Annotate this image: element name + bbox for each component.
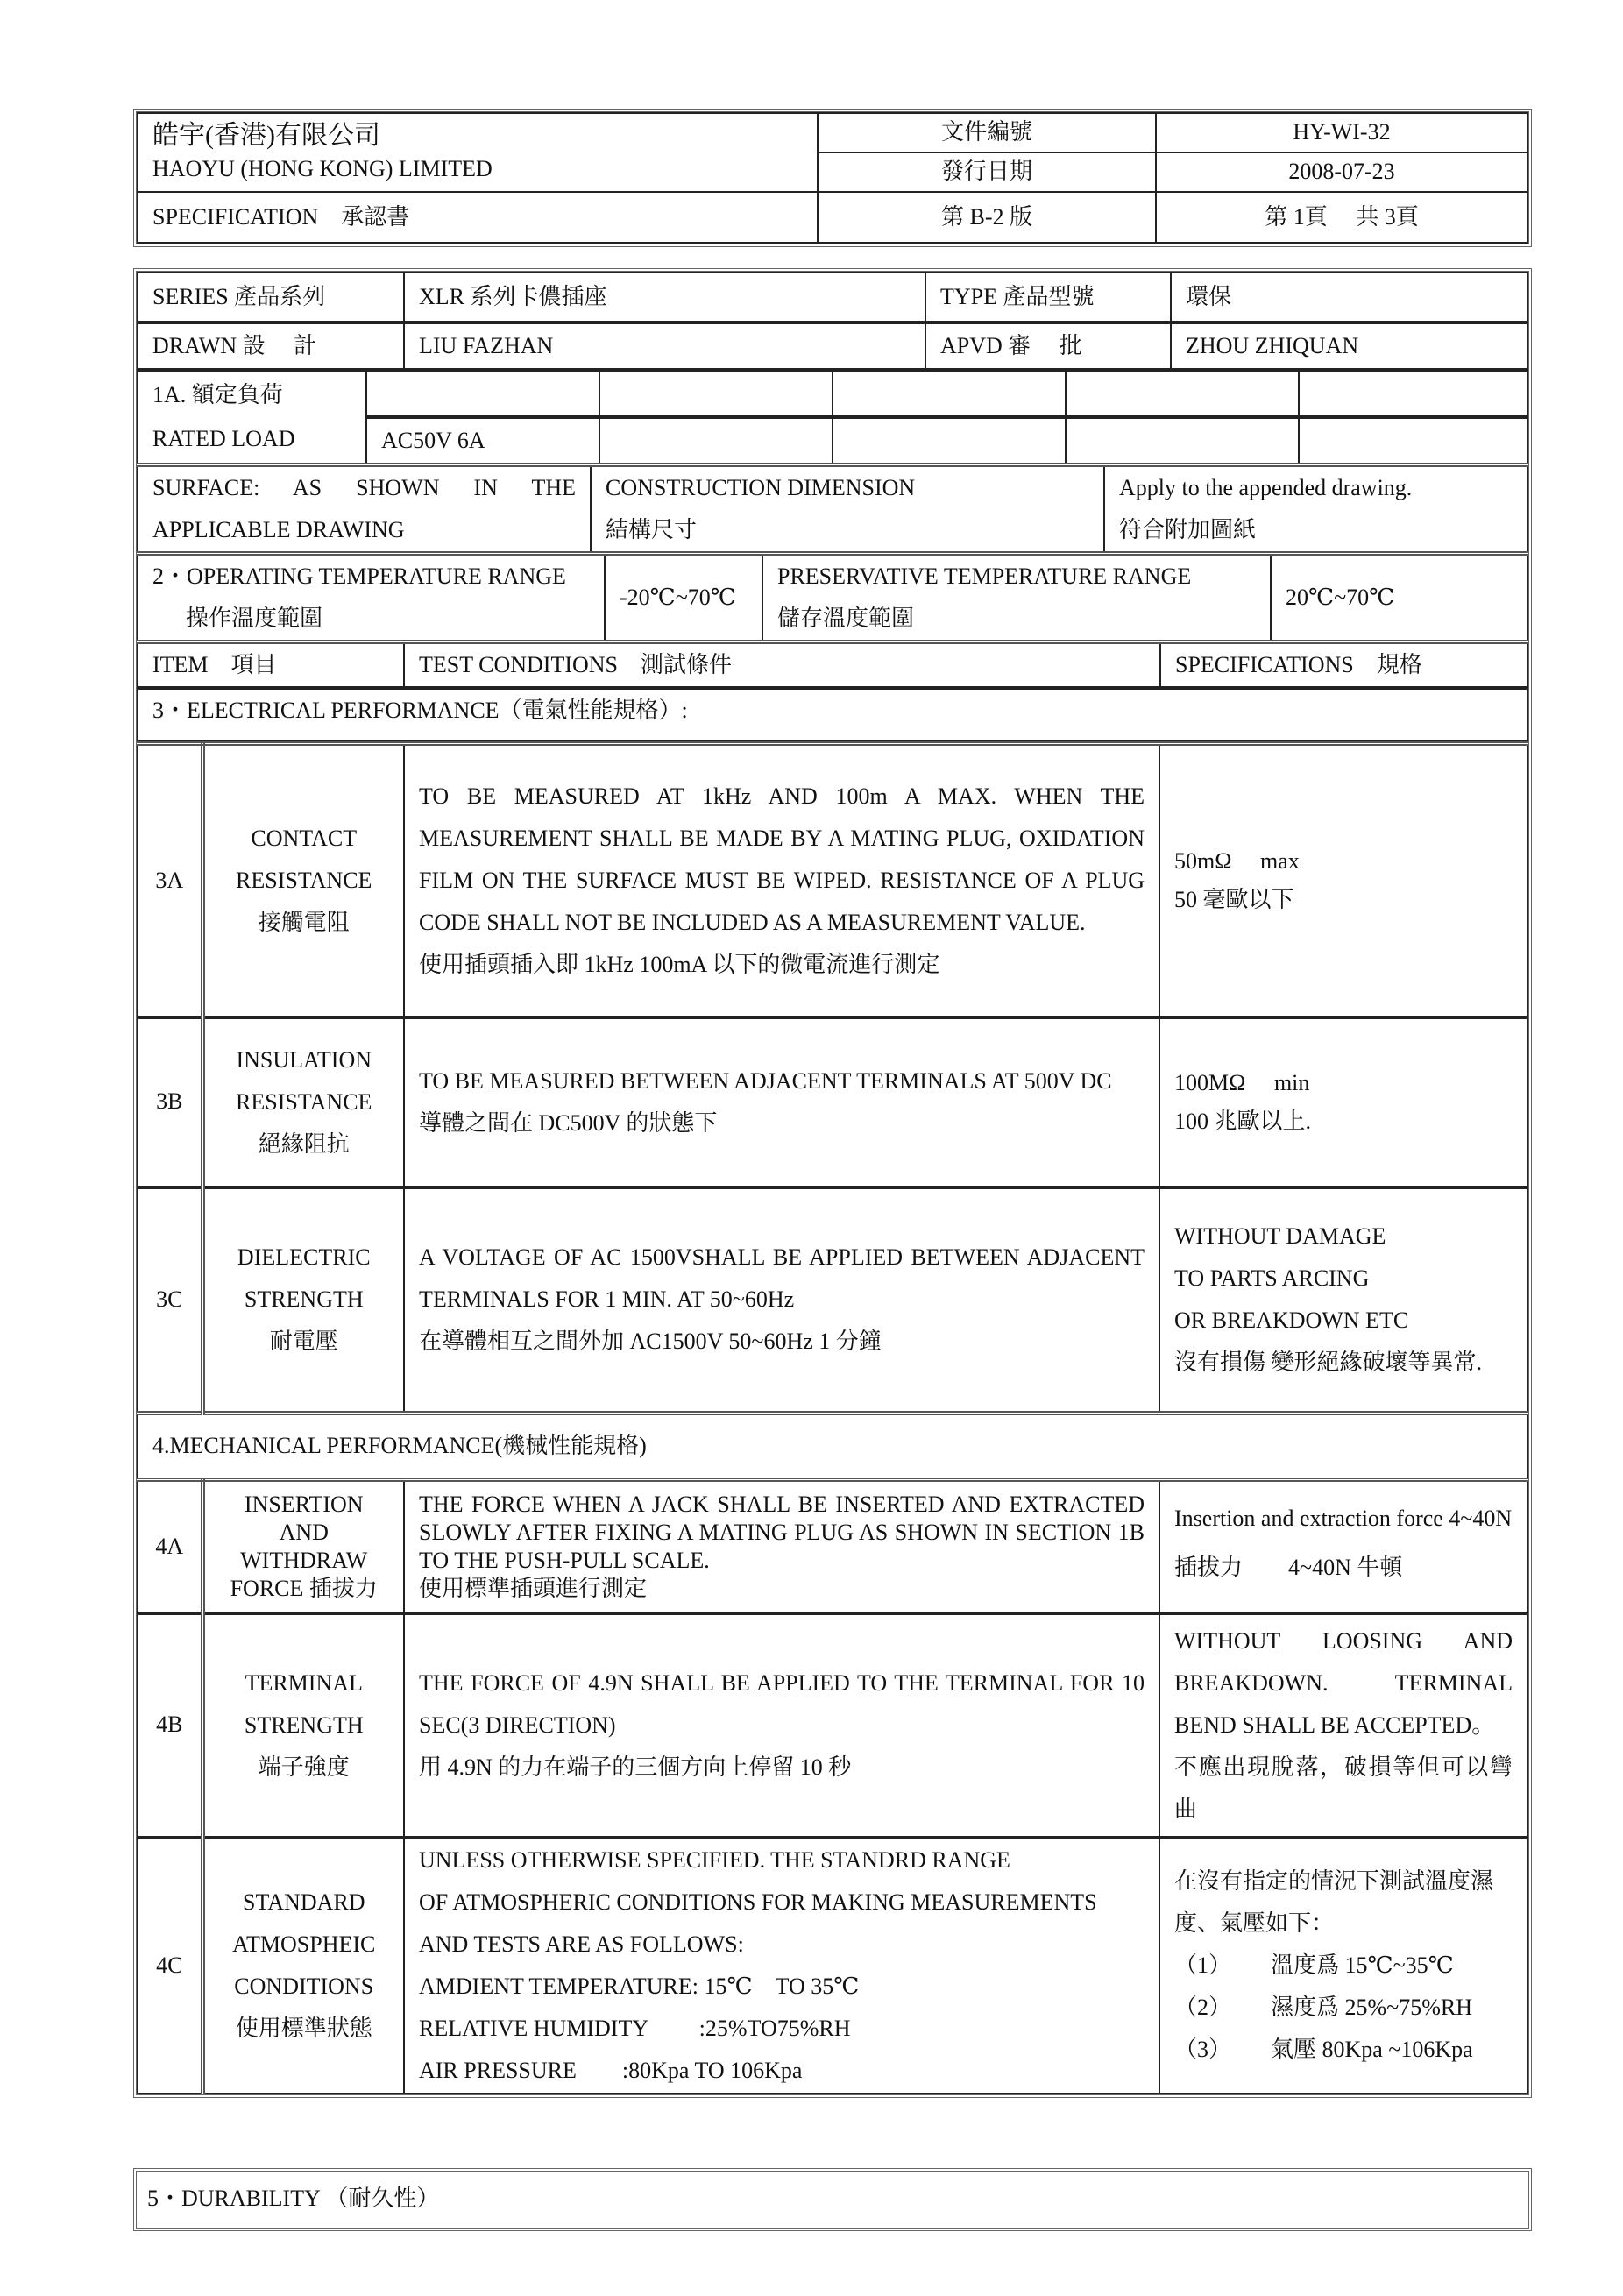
item-name: INSULATIONRESISTANCE絕緣阻抗 — [202, 1017, 404, 1187]
operating-temp-label-en: 2・OPERATING TEMPERATURE RANGE — [152, 556, 590, 598]
drawn-value: LIU FAZHAN — [405, 324, 925, 368]
page-number: 第 1頁 共 3頁 — [1156, 192, 1527, 243]
specification-list-item: （2）濕度爲 25%~75%RH — [1174, 1987, 1513, 2029]
rated-load-cell — [1299, 417, 1527, 463]
section-electrical-title: 3・ELECTRICAL PERFORMANCE（電氣性能規格）: — [138, 688, 1527, 741]
item-name-line: RESISTANCE — [219, 860, 390, 902]
table-row: 3BINSULATIONRESISTANCE絕緣阻抗TO BE MEASURED… — [138, 1017, 1527, 1187]
test-condition-cn: 在導體相互之間外加 AC1500V 50~60Hz 1 分鐘 — [419, 1321, 1145, 1363]
specification-line: 100 兆歐以上. — [1174, 1102, 1513, 1141]
rated-load-cell — [833, 372, 1066, 417]
item-name-line: AND — [219, 1519, 390, 1547]
item-name: CONTACTRESISTANCE接觸電阻 — [202, 744, 404, 1017]
specification-line: WITHOUT DAMAGE — [1174, 1215, 1513, 1258]
item-name-line: 接觸電阻 — [219, 902, 390, 944]
test-condition-cn: 導體之間在 DC500V 的狀態下 — [419, 1102, 1145, 1144]
specification-line: 50 毫歐以下 — [1174, 881, 1513, 919]
list-text: 濕度爲 25%~75%RH — [1271, 1995, 1472, 2020]
item-code: 4C — [138, 1838, 202, 2094]
column-header-item: ITEM 項目 — [138, 642, 404, 689]
test-condition-cn: 使用插頭插入即 1kHz 100mA 以下的微電流進行測定 — [419, 944, 1145, 986]
type-label: TYPE 產品型號 — [925, 273, 1171, 321]
item-code: 3C — [138, 1187, 202, 1414]
item-name-line: DIELECTRIC — [219, 1237, 390, 1279]
test-conditions: TO BE MEASURED AT 1kHz AND 100m A MAX. W… — [404, 744, 1159, 1017]
table-row: 3CDIELECTRICSTRENGTH耐電壓A VOLTAGE OF AC 1… — [138, 1187, 1527, 1414]
item-name-line: 絕緣阻抗 — [219, 1123, 390, 1166]
test-condition-en: THE FORCE WHEN A JACK SHALL BE INSERTED … — [419, 1491, 1145, 1575]
test-condition-line: RELATIVE HUMIDITY :25%TO75%RH — [419, 2008, 1145, 2050]
section-mechanical-title: 4.MECHANICAL PERFORMANCE(機械性能規格) — [138, 1414, 1527, 1480]
rated-load-cell — [1299, 372, 1527, 417]
item-name-line: STRENGTH — [219, 1704, 390, 1747]
item-name-line: INSULATION — [219, 1039, 390, 1081]
company-name-en: HAOYU (HONG KONG) LIMITED — [152, 152, 803, 186]
apvd-value: ZHOU ZHIQUAN — [1171, 324, 1527, 368]
list-number: （2） — [1174, 1987, 1271, 2029]
rated-load-cell — [1066, 372, 1299, 417]
item-name-line: STANDARD — [219, 1881, 390, 1924]
test-condition-en: TO BE MEASURED BETWEEN ADJACENT TERMINAL… — [419, 1060, 1145, 1102]
section-durability-title: 5・DURABILITY （耐久性） — [137, 2172, 1528, 2222]
specification-line: 100MΩ min — [1174, 1064, 1513, 1102]
test-condition-line: UNLESS OTHERWISE SPECIFIED. THE STANDRD … — [419, 1839, 1145, 1881]
test-conditions: A VOLTAGE OF AC 1500VSHALL BE APPLIED BE… — [404, 1187, 1159, 1414]
durability-section: 5・DURABILITY （耐久性） — [133, 2168, 1532, 2231]
table-row: 4AINSERTIONANDWITHDRAWFORCE 插拔力THE FORCE… — [138, 1480, 1527, 1613]
specification-list-item: （1）溫度爲 15℃~35℃ — [1174, 1945, 1513, 1987]
item-name-line: 端子強度 — [219, 1747, 390, 1789]
column-header-test-conditions: TEST CONDITIONS 測試條件 — [405, 644, 1160, 686]
test-condition-cn: 使用標準插頭進行測定 — [419, 1575, 1145, 1603]
item-name-line: INSERTION — [219, 1491, 390, 1519]
rated-load-cell — [599, 372, 833, 417]
specification: 100MΩ min100 兆歐以上. — [1159, 1017, 1527, 1187]
test-condition-en: THE FORCE OF 4.9N SHALL BE APPLIED TO TH… — [419, 1662, 1145, 1747]
list-text: 溫度爲 15℃~35℃ — [1271, 1952, 1454, 1978]
specification: 在沒有指定的情況下測試溫度濕度、氣壓如下：（1）溫度爲 15℃~35℃（2）濕度… — [1159, 1838, 1527, 2094]
specification: WITHOUT LOOSING AND BREAKDOWN. TERMINAL … — [1159, 1613, 1527, 1838]
specification-line: Insertion and extraction force 4~40N — [1174, 1505, 1513, 1533]
type-value: 環保 — [1171, 273, 1527, 321]
doc-number: HY-WI-32 — [1156, 113, 1527, 152]
item-name: TERMINALSTRENGTH端子強度 — [202, 1613, 404, 1838]
operating-temp-label-cn: 操作溫度範圍 — [152, 598, 590, 640]
series-value: XLR 系列卡儂插座 — [405, 273, 925, 321]
rated-load-value: AC50V 6A — [366, 417, 599, 463]
specification: 50mΩ max50 毫歐以下 — [1159, 744, 1527, 1017]
item-name-line: FORCE 插拔力 — [219, 1575, 390, 1603]
test-condition-cn: 用 4.9N 的力在端子的三個方向上停留 10 秒 — [419, 1747, 1145, 1789]
preservative-temp-label-en: PRESERVATIVE TEMPERATURE RANGE — [777, 556, 1256, 598]
item-name-line: CONDITIONS — [219, 1966, 390, 2008]
item-code: 3A — [138, 744, 202, 1017]
rated-load-cell — [599, 417, 833, 463]
construction-cn: 結構尺寸 — [606, 509, 1089, 551]
test-condition-line: OF ATMOSPHERIC CONDITIONS FOR MAKING MEA… — [419, 1881, 1145, 1924]
specification: Insertion and extraction force 4~40N插拔力 … — [1159, 1480, 1527, 1613]
list-text: 氣壓 80Kpa ~106Kpa — [1271, 2037, 1473, 2062]
test-conditions: THE FORCE WHEN A JACK SHALL BE INSERTED … — [404, 1480, 1159, 1613]
apply-drawing-cn: 符合附加圖紙 — [1119, 509, 1513, 551]
specification-line: WITHOUT LOOSING AND BREAKDOWN. TERMINAL … — [1174, 1620, 1513, 1747]
series-label: SERIES 產品系列 — [138, 273, 404, 322]
rated-load-en: RATED LOAD — [152, 417, 351, 461]
item-name-line: 使用標準狀態 — [219, 2008, 390, 2050]
test-condition-en: TO BE MEASURED AT 1kHz AND 100m A MAX. W… — [419, 776, 1145, 944]
specification-line: TO PARTS ARCING — [1174, 1258, 1513, 1300]
specification: WITHOUT DAMAGETO PARTS ARCINGOR BREAKDOW… — [1159, 1187, 1527, 1414]
specification-line: 不應出現脫落，破損等但可以彎曲 — [1174, 1747, 1513, 1831]
item-name-line: 耐電壓 — [219, 1321, 390, 1363]
rated-load-cell — [833, 417, 1066, 463]
specification-table: SERIES 產品系列 XLR 系列卡儂插座 TYPE 產品型號 環保 DRAW… — [133, 268, 1532, 2098]
preservative-temp-value: 20℃~70℃ — [1271, 556, 1527, 640]
issue-date-label: 發行日期 — [818, 152, 1156, 192]
item-name-line: ATMOSPHEIC — [219, 1924, 390, 1966]
test-condition-en: A VOLTAGE OF AC 1500VSHALL BE APPLIED BE… — [419, 1237, 1145, 1321]
specification-line: 50mΩ max — [1174, 842, 1513, 881]
list-number: （1） — [1174, 1945, 1271, 1987]
item-name-line: STRENGTH — [219, 1279, 390, 1321]
doc-type: SPECIFICATION 承認書 — [138, 192, 818, 243]
version: 第 B-2 版 — [818, 192, 1156, 243]
specification-line: OR BREAKDOWN ETC — [1174, 1300, 1513, 1342]
table-row: 3ACONTACTRESISTANCE接觸電阻TO BE MEASURED AT… — [138, 744, 1527, 1017]
company-name-cn: 皓宇(香港)有限公司 — [152, 119, 803, 152]
item-code: 4B — [138, 1613, 202, 1838]
table-row: 4BTERMINALSTRENGTH端子強度THE FORCE OF 4.9N … — [138, 1613, 1527, 1838]
specification-intro: 在沒有指定的情況下測試溫度濕度、氣壓如下： — [1174, 1860, 1513, 1945]
item-name: STANDARDATMOSPHEICCONDITIONS使用標準狀態 — [202, 1838, 404, 2094]
rated-load-cell — [366, 372, 599, 417]
specification-line: 沒有損傷 變形絕緣破壞等異常. — [1174, 1342, 1513, 1384]
item-code: 4A — [138, 1480, 202, 1613]
surface-note: SURFACE: AS SHOWN IN THE APPLICABLE DRAW… — [138, 467, 591, 551]
item-name-line: CONTACT — [219, 818, 390, 860]
test-condition-line: AIR PRESSURE :80Kpa TO 106Kpa — [419, 2050, 1145, 2092]
construction-en: CONSTRUCTION DIMENSION — [606, 467, 1089, 509]
specification-list-item: （3）氣壓 80Kpa ~106Kpa — [1174, 2029, 1513, 2071]
test-condition-line: AND TESTS ARE AS FOLLOWS: — [419, 1924, 1145, 1966]
drawn-label: DRAWN 設 計 — [138, 322, 404, 370]
list-number: （3） — [1174, 2029, 1271, 2071]
preservative-temp-label-cn: 儲存溫度範圍 — [777, 598, 1256, 640]
test-conditions: UNLESS OTHERWISE SPECIFIED. THE STANDRD … — [404, 1838, 1159, 2094]
test-conditions: THE FORCE OF 4.9N SHALL BE APPLIED TO TH… — [404, 1613, 1159, 1838]
test-items-table: 3ACONTACTRESISTANCE接觸電阻TO BE MEASURED AT… — [137, 741, 1528, 2094]
specification-line: 插拔力 4~40N 牛頓 — [1174, 1547, 1513, 1589]
column-header-specifications: SPECIFICATIONS 規格 — [1160, 644, 1527, 686]
item-name: DIELECTRICSTRENGTH耐電壓 — [202, 1187, 404, 1414]
table-row: 4CSTANDARDATMOSPHEICCONDITIONS使用標準狀態UNLE… — [138, 1838, 1527, 2094]
test-conditions: TO BE MEASURED BETWEEN ADJACENT TERMINAL… — [404, 1017, 1159, 1187]
apvd-label: APVD 審 批 — [925, 324, 1171, 368]
item-name-line: RESISTANCE — [219, 1081, 390, 1123]
rated-load-cell — [1066, 417, 1299, 463]
item-code: 3B — [138, 1017, 202, 1187]
apply-drawing-en: Apply to the appended drawing. — [1119, 467, 1513, 509]
operating-temp-value: -20℃~70℃ — [605, 556, 762, 640]
item-name: INSERTIONANDWITHDRAWFORCE 插拔力 — [202, 1480, 404, 1613]
document-header: 皓宇(香港)有限公司 HAOYU (HONG KONG) LIMITED 文件編… — [133, 109, 1532, 247]
doc-number-label: 文件編號 — [818, 113, 1156, 152]
item-name-line: WITHDRAW — [219, 1547, 390, 1575]
issue-date: 2008-07-23 — [1156, 152, 1527, 192]
rated-load-cn: 1A. 額定負荷 — [152, 373, 351, 417]
test-condition-line: AMDIENT TEMPERATURE: 15℃ TO 35℃ — [419, 1966, 1145, 2008]
item-name-line: TERMINAL — [219, 1662, 390, 1704]
